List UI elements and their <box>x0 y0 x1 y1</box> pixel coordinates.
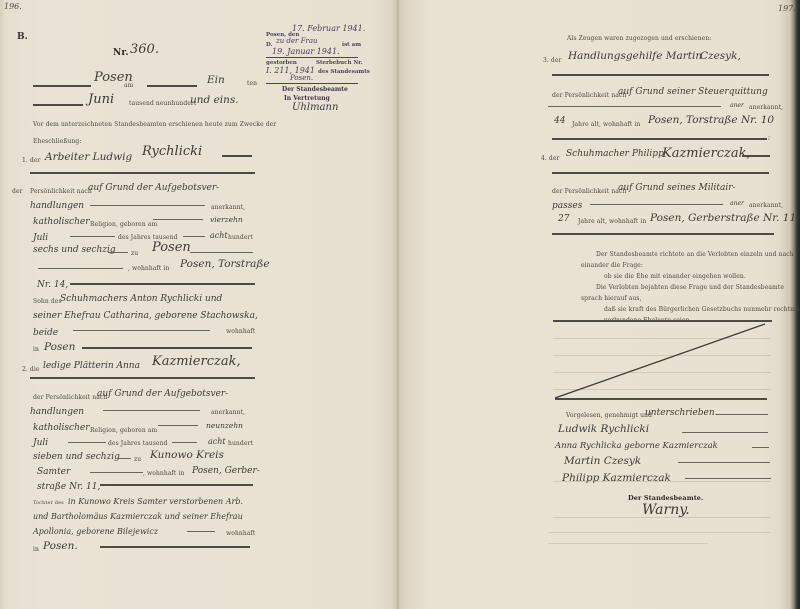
witness3-age: 44 <box>554 116 565 126</box>
witness4-identity-value-2: passes <box>552 201 582 211</box>
groom-parents-line-3: beide <box>33 328 58 338</box>
rule <box>548 106 721 107</box>
bride-parents-residence: Posen. <box>43 540 78 552</box>
record-number-label: Nr. <box>113 48 129 58</box>
intro-line-2: Eheschließung: <box>33 138 82 145</box>
groom-parents-line-2: seiner Ehefrau Catharina, geborene Stach… <box>33 311 258 321</box>
day-suffix: ten <box>247 80 257 87</box>
groom-parents-residence-label: wohnhaft <box>226 328 255 335</box>
rule <box>552 74 769 76</box>
cancel-diagonal-line <box>550 322 772 400</box>
groom-occupation-name: Arbeiter Ludwig <box>45 151 132 163</box>
stamp-line2-hand: zu der Frau <box>276 37 318 45</box>
witness3-identity-label: der Persönlichkeit nach <box>552 92 626 99</box>
bride-year-hand-2: sieben und sechzig <box>33 452 120 462</box>
rule <box>30 377 255 379</box>
witness4-identity-value: auf Grund seines Militair- <box>618 183 736 193</box>
right-page-number: 197. <box>778 4 796 13</box>
groom-residence-2: Nr. 14, <box>37 280 68 290</box>
witness3-residence: Posen, Torstraße Nr. 10 <box>648 114 774 126</box>
left-page-number: 196. <box>4 2 22 11</box>
witness4-occupation-name: Schuhmacher Philipp <box>566 149 664 159</box>
witness4-known-suffix: anerkannt, <box>749 202 783 209</box>
groom-parents-line-1: Schuhmachers Anton Rychlicki und <box>60 294 222 304</box>
ceremony-line-3: ob sie die Ehe mit einander eingehen wol… <box>604 273 746 280</box>
groom-known-suffix: anerkannt, <box>211 204 245 211</box>
signature-1: Ludwik Rychlicki <box>558 423 649 435</box>
rule <box>190 252 253 253</box>
groom-identity-value-2: handlungen <box>30 201 84 211</box>
bride-parents-line-2: und Bartholomäus Kazmierczak und seiner … <box>33 512 243 521</box>
record-number: 360. <box>130 42 159 57</box>
rule <box>33 85 91 87</box>
groom-number-label: 1. der <box>22 157 41 164</box>
official-signature: Warny. <box>642 502 690 518</box>
rule <box>117 458 131 459</box>
witness4-age: 27 <box>558 214 569 224</box>
rule <box>678 462 770 463</box>
rule <box>552 233 774 235</box>
groom-year-label-2: hundert <box>228 234 253 241</box>
witness3-known-hand: aner <box>730 102 744 109</box>
bride-religion-label: Religion, geboren am <box>90 427 157 434</box>
witness3-known-suffix: anerkannt, <box>749 104 783 111</box>
bride-known-suffix: anerkannt, <box>211 409 245 416</box>
ceremony-line-1: Der Standesbeamte richtete an die Verlob… <box>596 251 794 258</box>
bride-residence-2: straße Nr. 11, <box>37 482 100 492</box>
bride-residence-label: , wohnhaft in <box>143 470 184 477</box>
rule <box>183 236 205 237</box>
rule <box>90 205 205 206</box>
rule <box>70 283 255 285</box>
witness4-identity-label: der Persönlichkeit nach <box>552 188 626 195</box>
signature-4: Philipp Kazmierczak <box>562 472 671 484</box>
rule <box>103 410 200 411</box>
rule <box>716 414 768 415</box>
witness3-identity-value: auf Grund seiner Steuerquittung <box>618 87 768 97</box>
rule <box>548 532 770 533</box>
rule <box>68 442 106 443</box>
witness4-number-label: 4. der <box>541 155 560 162</box>
rule <box>100 484 253 486</box>
groom-birth-day: vierzehn <box>210 215 243 224</box>
witness4-known-hand: aner <box>730 200 744 207</box>
witnesses-intro: Als Zeugen waren zugezogen und erschiene… <box>567 35 711 42</box>
bride-surname: Kazmierczak, <box>152 354 241 369</box>
rule <box>752 447 769 448</box>
rule <box>108 252 128 253</box>
bride-birth-place-label: zu <box>134 456 141 463</box>
witness3-surname: Czesyk, <box>700 50 741 62</box>
rule <box>742 155 770 157</box>
bride-birth-place-2: Samter <box>37 467 70 477</box>
witness3-occupation-name: Handlungsgehilfe Martin <box>568 50 702 62</box>
groom-parents-residence-prefix: in <box>33 346 39 353</box>
bride-year-label: des Jahres tausend <box>108 440 168 447</box>
register-spread: 196. B. Nr. 360. Posen am Ein ten Juni t… <box>0 0 800 609</box>
stamp-line1-hand: 17. Februar 1941. <box>292 24 365 33</box>
rule <box>147 85 197 87</box>
place-suffix: am <box>124 82 133 89</box>
bride-parents-line-3: Apollonia, geborene Bilejewicz <box>33 527 158 536</box>
bride-residence: Posen, Gerber- <box>192 466 260 476</box>
rule <box>222 155 252 157</box>
ceremony-line-5: sprach hierauf aus, <box>581 295 642 302</box>
bride-parents-label: Tochter des <box>33 500 64 506</box>
witness4-age-label: Jahre alt, wohnhaft in <box>578 218 646 225</box>
stamp-line6-hand: Posen. <box>290 74 313 82</box>
stamp-line3-hand: 19. Januar 1941. <box>272 47 340 56</box>
rule <box>187 531 215 532</box>
groom-identity-value: auf Grund der Aufgebotsver- <box>88 183 219 193</box>
stamp-rule <box>266 83 358 84</box>
groom-birth-month: Juli <box>33 233 48 243</box>
ceremony-line-6: daß sie kraft des Bürgerlichen Gesetzbuc… <box>604 306 800 313</box>
stamp-rule <box>266 57 358 58</box>
groom-identity-prefix: der <box>12 188 23 195</box>
groom-religion: katholischer <box>33 217 90 227</box>
intro-line-1: Vor dem unterzeichneten Standesbeamten e… <box>33 121 276 128</box>
rule <box>172 442 197 443</box>
groom-parents-label: Sohn des <box>33 298 62 305</box>
bride-year-hand-1: acht <box>208 437 226 446</box>
bride-parents-residence-prefix: in <box>33 546 39 553</box>
stamp-signature: Uhlmann <box>292 102 338 113</box>
rule <box>33 104 83 106</box>
year-printed: tausend neunhundert <box>129 100 196 107</box>
semicolon: ; <box>768 134 770 141</box>
bride-number-label: 2. die <box>22 366 40 373</box>
groom-year-hand-2: sechs und sechzig <box>33 245 116 255</box>
rule <box>548 543 708 544</box>
rule <box>553 481 771 482</box>
groom-residence-label: , wohnhaft in <box>128 265 169 272</box>
rule <box>90 472 143 473</box>
rule <box>153 219 203 220</box>
day: Ein <box>207 74 225 86</box>
right-page: 197. Als Zeugen waren zugezogen und ersc… <box>400 0 800 609</box>
marginal-stamp: Posen, den 17. Februar 1941. D. zu der F… <box>262 22 364 117</box>
rule <box>70 236 115 237</box>
rule <box>552 172 769 174</box>
groom-religion-label: Religion, geboren am <box>90 221 157 228</box>
stamp-line5-print: des Standesamts <box>318 69 370 75</box>
groom-birth-place-label: zu <box>131 250 138 257</box>
ceremony-line-4: Die Verlobten bejahten diese Frage und d… <box>596 284 784 291</box>
rule <box>38 268 123 269</box>
witness3-number-label: 3. der <box>543 57 562 64</box>
bride-birth-place: Kunowo Kreis <box>150 449 224 461</box>
stamp-line2-print-b: ist am <box>342 42 361 48</box>
groom-parents-residence: Posen <box>44 341 75 353</box>
cancel-bottom-rule <box>555 398 767 400</box>
rule <box>82 347 252 349</box>
witness4-residence: Posen, Gerberstraße Nr. 11. <box>650 212 799 224</box>
ceremony-line-2: einander die Frage: <box>581 262 643 269</box>
groom-surname: Rychlicki <box>142 144 202 159</box>
rule <box>30 172 255 174</box>
rule <box>73 330 210 331</box>
read-label: Vorgelesen, genehmigt und <box>566 412 652 419</box>
bride-identity-value: auf Grund der Aufgebotsver- <box>97 389 228 399</box>
bride-occupation-name: ledige Plätterin Anna <box>43 361 140 371</box>
groom-identity-label: Persönlichkeit nach <box>30 188 92 195</box>
rule <box>158 425 198 426</box>
witness3-age-label: Jahre alt, wohnhaft in <box>572 121 640 128</box>
stamp-title-1: Der Standesbeamte <box>282 86 348 93</box>
bride-religion: katholischer <box>33 423 90 433</box>
groom-year-hand-1: acht <box>210 231 228 240</box>
bride-year-label-2: hundert <box>228 440 253 447</box>
bride-parents-residence-label: wohnhaft <box>226 530 255 537</box>
rule <box>552 138 767 140</box>
month: Juni <box>88 92 114 107</box>
bride-birth-day: neunzehn <box>206 421 243 430</box>
official-title: Der Standesbeamte. <box>628 494 703 502</box>
rule <box>100 546 250 548</box>
rule <box>685 478 771 479</box>
rule <box>553 517 771 518</box>
groom-residence: Posen, Torstraße <box>180 258 270 270</box>
signature-2: Anna Rychlicka geborne Kazmierczak <box>555 441 718 451</box>
year-hand: und eins. <box>190 94 239 106</box>
groom-birth-place: Posen <box>152 240 191 255</box>
bride-parents-line-1: in Kunowo Kreis Samter verstorbenen Arb. <box>68 497 243 506</box>
signature-3: Martin Czesyk <box>564 455 641 467</box>
section-letter: B. <box>17 32 28 42</box>
bride-identity-value-2: handlungen <box>30 407 84 417</box>
stamp-line4-print-b: Sterbebuch Nr. <box>316 60 363 66</box>
bride-birth-month: Juli <box>33 438 48 448</box>
left-page: 196. B. Nr. 360. Posen am Ein ten Juni t… <box>0 0 398 609</box>
stamp-title-2: In Vertretung <box>284 95 330 102</box>
read-hand: unterschrieben. <box>645 408 718 418</box>
rule <box>590 204 723 205</box>
rule <box>682 432 768 433</box>
witness4-surname: Kazmierczak, <box>662 146 751 161</box>
